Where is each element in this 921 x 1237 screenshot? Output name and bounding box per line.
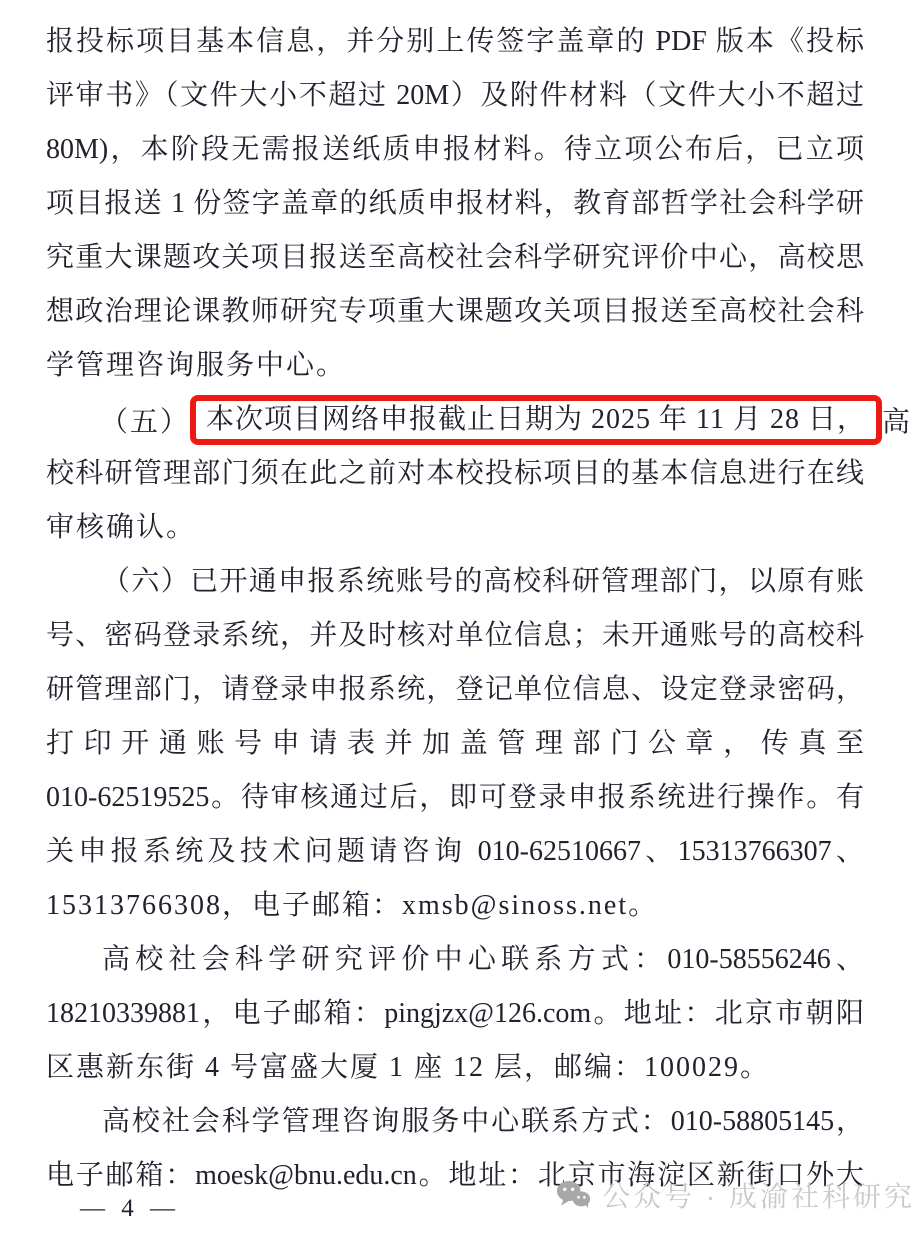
text-line: 评审书》（文件大小不超过 20M）及附件材料（文件大小不超过 bbox=[46, 69, 864, 123]
text-line: （六）已开通申报系统账号的高校科研管理部门，以原有账 bbox=[46, 555, 864, 609]
watermark: 公众号 · 成渝社科研究 bbox=[556, 1175, 915, 1215]
deadline-item-number: （五） bbox=[100, 400, 190, 440]
text-line: 报投标项目基本信息，并分别上传签字盖章的 PDF 版本《投标 bbox=[46, 15, 864, 69]
text-line: 010-62519525。待审核通过后，即可登录申报系统进行操作。有 bbox=[46, 771, 864, 825]
deadline-line: （五） 本次项目网络申报截止日期为 2025 年 11 月 28 日， 高 bbox=[46, 393, 864, 447]
text-line: 80M)，本阶段无需报送纸质申报材料。待立项公布后，已立项 bbox=[46, 123, 864, 177]
text-line: 学管理咨询服务中心。 bbox=[46, 339, 864, 393]
watermark-text: 公众号 · 成渝社科研究 bbox=[602, 1175, 915, 1215]
text-line: 项目报送 1 份签字盖章的纸质申报材料，教育部哲学社会科学研 bbox=[46, 177, 864, 231]
text-line: 审核确认。 bbox=[46, 501, 864, 555]
deadline-line-tail: 高 bbox=[882, 400, 910, 440]
text-line: 15313766308，电子邮箱：xmsb@sinoss.net。 bbox=[46, 879, 864, 933]
document-page: 报投标项目基本信息，并分别上传签字盖章的 PDF 版本《投标 评审书》（文件大小… bbox=[0, 0, 921, 1237]
text-line: 究重大课题攻关项目报送至高校社会科学研究评价中心，高校思 bbox=[46, 231, 864, 285]
text-line: 想政治理论课教师研究专项重大课题攻关项目报送至高校社会科 bbox=[46, 285, 864, 339]
text-line: 区惠新东街 4 号富盛大厦 1 座 12 层，邮编：100029。 bbox=[46, 1041, 864, 1095]
text-line: 研管理部门，请登录申报系统，登记单位信息、设定登录密码， bbox=[46, 663, 864, 717]
text-line: 高校社会科学研究评价中心联系方式：010-58556246、 bbox=[46, 933, 864, 987]
deadline-highlight-box: 本次项目网络申报截止日期为 2025 年 11 月 28 日， bbox=[190, 395, 882, 445]
wechat-icon bbox=[556, 1180, 591, 1210]
page-number: — 4 — bbox=[80, 1195, 180, 1223]
text-line: 18210339881，电子邮箱：pingjzx@126.com。地址：北京市朝… bbox=[46, 987, 864, 1041]
text-line: 号、密码登录系统，并及时核对单位信息；未开通账号的高校科 bbox=[46, 609, 864, 663]
text-line: 关申报系统及技术问题请咨询 010-62510667、15313766307、 bbox=[46, 825, 864, 879]
text-line: 高校社会科学管理咨询服务中心联系方式：010-58805145， bbox=[46, 1095, 864, 1149]
text-line: 校科研管理部门须在此之前对本校投标项目的基本信息进行在线 bbox=[46, 447, 864, 501]
text-line: 打印开通账号申请表并加盖管理部门公章，传真至 bbox=[46, 717, 864, 771]
